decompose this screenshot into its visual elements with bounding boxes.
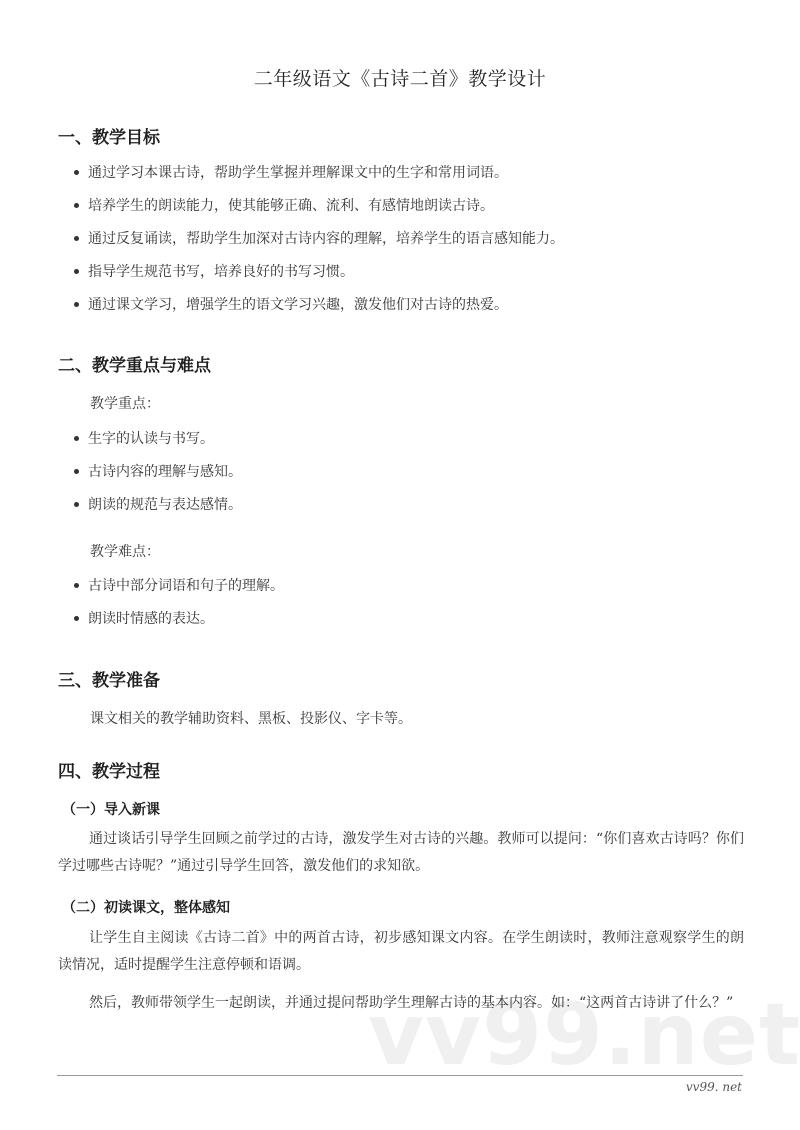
section-heading-process: 四、教学过程 bbox=[58, 757, 160, 782]
section-heading-objectives: 一、教学目标 bbox=[58, 123, 160, 148]
bullet-icon bbox=[74, 436, 79, 441]
bullet-icon bbox=[74, 302, 79, 307]
bullet-icon bbox=[74, 616, 79, 621]
list-item: 通过课文学习，增强学生的语文学习兴趣，激发他们对古诗的热爱。 bbox=[74, 296, 508, 314]
list-item-text: 生字的认读与书写。 bbox=[88, 431, 214, 447]
paragraph: 然后，教师带领学生一起朗读，并通过提问帮助学生理解古诗的基本内容。如：“这两首古… bbox=[58, 990, 744, 1017]
list-item-text: 朗读的规范与表达感情。 bbox=[88, 497, 242, 513]
list-item: 古诗中部分词语和句子的理解。 bbox=[74, 577, 284, 595]
footer-divider bbox=[57, 1075, 743, 1076]
list-item-text: 通过反复诵读，帮助学生加深对古诗内容的理解，培养学生的语言感知能力。 bbox=[88, 231, 564, 247]
list-item-text: 培养学生的朗读能力，使其能够正确、流利、有感情地朗读古诗。 bbox=[88, 198, 494, 214]
list-item: 培养学生的朗读能力，使其能够正确、流利、有感情地朗读古诗。 bbox=[74, 197, 494, 215]
section-heading-preparation: 三、教学准备 bbox=[58, 666, 160, 691]
section-heading-focus-difficulty: 二、教学重点与难点 bbox=[58, 351, 211, 376]
list-item: 朗读时情感的表达。 bbox=[74, 610, 214, 628]
list-item: 指导学生规范书写，培养良好的书写习惯。 bbox=[74, 263, 354, 281]
subsection-heading-intro: （一）导入新课 bbox=[62, 799, 160, 819]
paragraph: 让学生自主阅读《古诗二首》中的两首古诗，初步感知课文内容。在学生朗读时，教师注意… bbox=[58, 925, 744, 979]
bullet-icon bbox=[74, 502, 79, 507]
focus-label: 教学重点： bbox=[90, 393, 160, 413]
document-title: 二年级语文《古诗二首》教学设计 bbox=[0, 64, 800, 91]
preparation-text: 课文相关的教学辅助资料、黑板、投影仪、字卡等。 bbox=[90, 708, 412, 728]
list-item: 生字的认读与书写。 bbox=[74, 430, 214, 448]
list-item: 朗读的规范与表达感情。 bbox=[74, 496, 242, 514]
document-page: vv99.net 二年级语文《古诗二首》教学设计 一、教学目标 通过学习本课古诗… bbox=[0, 0, 800, 1130]
list-item-text: 古诗中部分词语和句子的理解。 bbox=[88, 578, 284, 594]
bullet-icon bbox=[74, 469, 79, 474]
difficulty-label: 教学难点： bbox=[90, 541, 160, 561]
list-item: 古诗内容的理解与感知。 bbox=[74, 463, 242, 481]
paragraph: 通过谈话引导学生回顾之前学过的古诗，激发学生对古诗的兴趣。教师可以提问：“你们喜… bbox=[58, 826, 744, 880]
bullet-icon bbox=[74, 236, 79, 241]
list-item: 通过反复诵读，帮助学生加深对古诗内容的理解，培养学生的语言感知能力。 bbox=[74, 230, 564, 248]
footer-site-label: vv99. net bbox=[686, 1080, 742, 1094]
list-item: 通过学习本课古诗，帮助学生掌握并理解课文中的生字和常用词语。 bbox=[74, 164, 508, 182]
list-item-text: 通过课文学习，增强学生的语文学习兴趣，激发他们对古诗的热爱。 bbox=[88, 297, 508, 313]
bullet-icon bbox=[74, 170, 79, 175]
list-item-text: 指导学生规范书写，培养良好的书写习惯。 bbox=[88, 264, 354, 280]
list-item-text: 朗读时情感的表达。 bbox=[88, 611, 214, 627]
bullet-icon bbox=[74, 203, 79, 208]
bullet-icon bbox=[74, 583, 79, 588]
list-item-text: 通过学习本课古诗，帮助学生掌握并理解课文中的生字和常用词语。 bbox=[88, 165, 508, 181]
bullet-icon bbox=[74, 269, 79, 274]
list-item-text: 古诗内容的理解与感知。 bbox=[88, 464, 242, 480]
subsection-heading-first-reading: （二）初读课文，整体感知 bbox=[62, 897, 230, 917]
